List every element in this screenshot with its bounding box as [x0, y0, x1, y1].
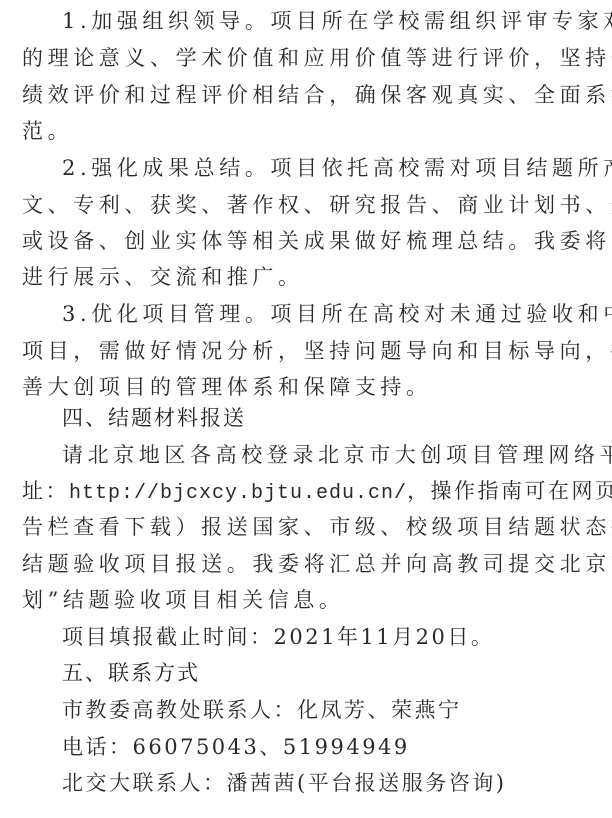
- section4-para-line5: 划”结题验收项目相关信息。: [22, 587, 592, 613]
- item2-line2: 文、专利、获奖、著作权、研究报告、商业计划书、开发的软件: [22, 192, 592, 218]
- item1-line1: 1.加强组织领导。项目所在学校需组织评审专家对项目成果: [62, 8, 592, 34]
- platform-url-link[interactable]: http://bjcxcy.bjtu.edu.cn/: [69, 482, 407, 505]
- document-page: 1.加强组织领导。项目所在学校需组织评审专家对项目成果 的理论意义、学术价值和应…: [0, 0, 612, 818]
- section4-para-line2: 址：http://bjcxcy.bjtu.edu.cn/，操作指南可在网页的通知…: [22, 478, 592, 504]
- item2-line4: 进行展示、交流和推广。: [22, 264, 592, 290]
- item3-line2: 项目，需做好情况分析，坚持问题导向和目标导向，持续优化完: [22, 338, 592, 364]
- contact-phone: 电话：66075043、51994949: [62, 734, 592, 760]
- item3-line3: 善大创项目的管理体系和保障支持。: [22, 374, 592, 400]
- item1-line3: 绩效评价和过程评价相结合，确保客观真实、全面系统、科学规: [22, 82, 592, 108]
- url-suffix: ，操作指南可在网页的通知公: [407, 479, 612, 503]
- section4-heading: 四、结题材料报送: [62, 405, 592, 431]
- section4-para-line4: 结题验收项目报送。我委将汇总并向高教司提交北京市“国创计: [22, 551, 592, 577]
- item1-line2: 的理论意义、学术价值和应用价值等进行评价，坚持分类评价、: [22, 45, 592, 71]
- contact-commission: 市教委高教处联系人：化凤芳、荣燕宁: [62, 697, 592, 723]
- section5-heading: 五、联系方式: [62, 660, 592, 686]
- item3-line1: 3.优化项目管理。项目所在高校对未通过验收和中止研究的: [62, 301, 592, 327]
- deadline-text: 项目填报截止时间：2021年11月20日。: [62, 624, 592, 650]
- section4-para-line3: 告栏查看下载）报送国家、市级、校级项目结题状态操作并完成: [22, 514, 592, 540]
- item2-line3: 或设备、创业实体等相关成果做好梳理总结。我委将以一定方式: [22, 228, 592, 254]
- contact-bjtu: 北交大联系人：潘茜茜(平台报送服务咨询): [62, 770, 592, 796]
- section4-para-line1: 请北京地区各高校登录北京市大创项目管理网络平台（网: [62, 442, 592, 468]
- url-prefix: 址：: [22, 479, 69, 503]
- item2-line1: 2.强化成果总结。项目依托高校需对项目结题所产生的论: [62, 155, 592, 181]
- item1-line4: 范。: [22, 118, 592, 144]
